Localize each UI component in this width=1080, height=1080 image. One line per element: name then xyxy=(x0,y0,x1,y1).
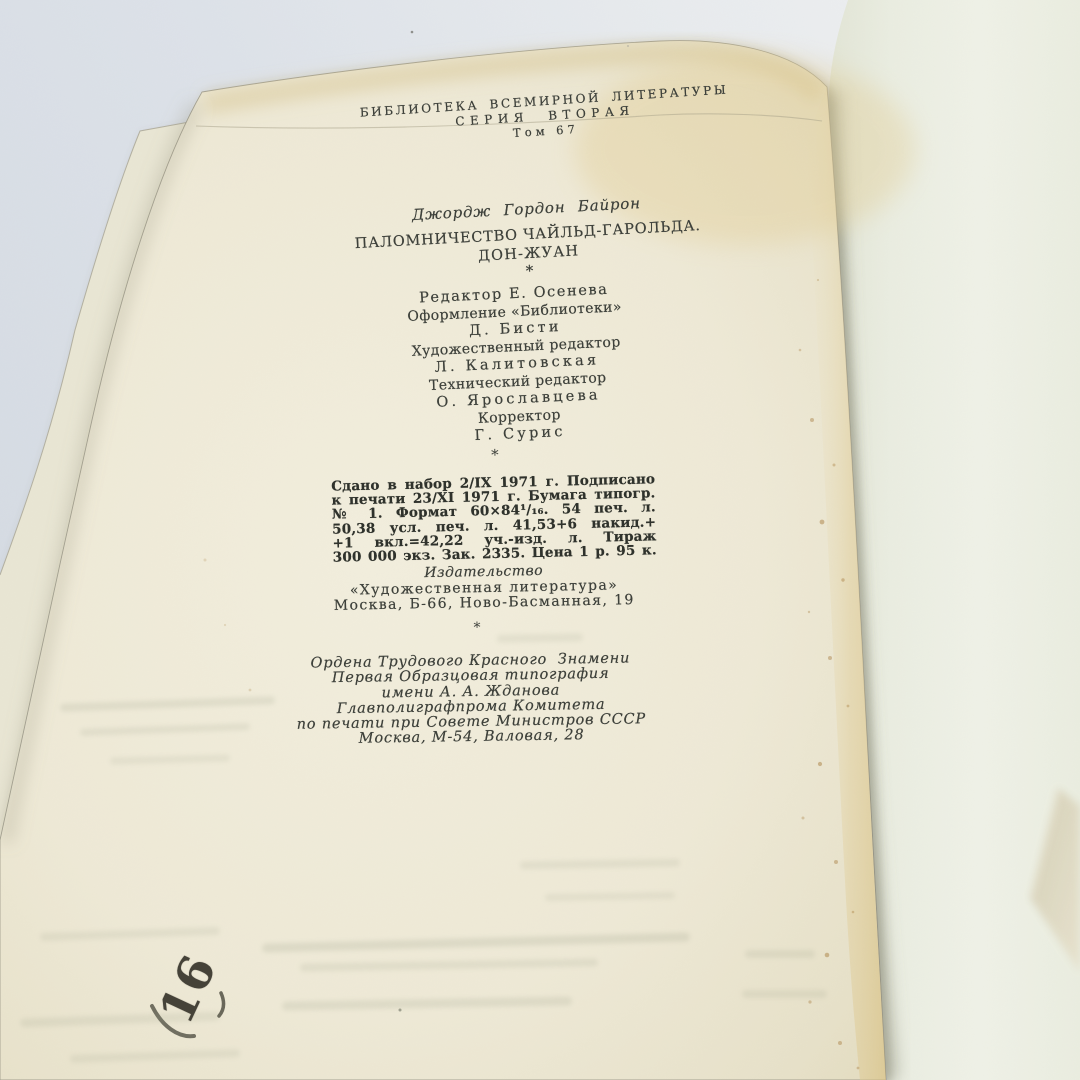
showthrough-smudge xyxy=(110,754,230,764)
showthrough-smudge xyxy=(545,892,675,901)
showthrough-smudge xyxy=(40,927,220,941)
publisher-block: Издательство«Художественная литература»М… xyxy=(304,562,665,616)
showthrough-smudge xyxy=(497,633,583,642)
showthrough-smudge xyxy=(80,723,250,736)
page-content: БИБЛИОТЕКА ВСЕМИРНОЙ ЛИТЕРАТУРЫ СЕРИЯ ВТ… xyxy=(0,0,1080,1080)
series-header: БИБЛИОТЕКА ВСЕМИРНОЙ ЛИТЕРАТУРЫ СЕРИЯ ВТ… xyxy=(334,81,756,152)
showthrough-smudge xyxy=(520,859,680,870)
showthrough-smudge xyxy=(70,1049,240,1063)
title-block: Джордж Гордон Байрон ПАЛОМНИЧЕСТВО ЧАЙЛЬ… xyxy=(316,189,740,291)
star-divider: * xyxy=(457,620,497,637)
book-photo: БИБЛИОТЕКА ВСЕМИРНОЙ ЛИТЕРАТУРЫ СЕРИЯ ВТ… xyxy=(0,0,1080,1080)
printer-block: Ордена Трудового Красного ЗнамениПервая … xyxy=(280,651,661,749)
showthrough-smudge xyxy=(745,950,815,958)
credits-block: Редактор Е. ОсеневаОформление «Библиотек… xyxy=(304,277,731,453)
star-divider: * xyxy=(475,445,516,464)
imprint-block: Сдано в набор 2/IX 1971 г. Подписанок пе… xyxy=(331,472,657,565)
showthrough-smudge xyxy=(300,958,598,971)
showthrough-smudge xyxy=(262,932,690,952)
showthrough-smudge xyxy=(742,990,827,998)
handwritten-number: 16 xyxy=(145,937,237,1044)
showthrough-smudge xyxy=(282,996,572,1010)
showthrough-smudge xyxy=(60,696,275,711)
